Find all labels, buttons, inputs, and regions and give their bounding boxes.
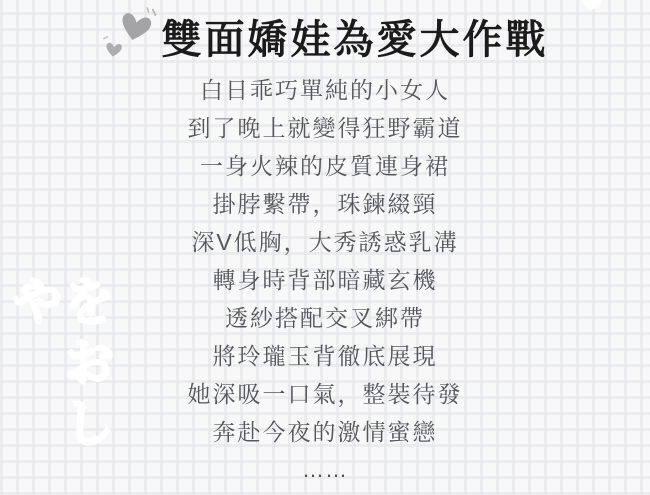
- text-line: 透紗搭配交叉綁帶: [0, 299, 650, 337]
- text-line: 到了晚上就變得狂野霸道: [0, 109, 650, 147]
- title-row: 雙面嬌娃為愛大作戰: [0, 0, 650, 66]
- page-title: 雙面嬌娃為愛大作戰: [162, 8, 549, 65]
- text-line: 深V低胸，大秀誘惑乳溝: [0, 223, 650, 261]
- double-heart-icon: [102, 6, 160, 64]
- text-line: 她深吸一口氣，整裝待發: [0, 375, 650, 413]
- description-lines: 白日乖巧單純的小女人 到了晚上就變得狂野霸道 一身火辣的皮質連身裙 掛脖繫帶，珠…: [0, 71, 650, 489]
- ellipsis-line: ……: [0, 451, 650, 489]
- text-line: 掛脖繫帶，珠鍊綴頸: [0, 185, 650, 223]
- content-column: 雙面嬌娃為愛大作戰 白日乖巧單純的小女人 到了晚上就變得狂野霸道 一身火辣的皮質…: [0, 0, 650, 489]
- text-line: 奔赴今夜的激情蜜戀: [0, 413, 650, 451]
- text-line: 轉身時背部暗藏玄機: [0, 261, 650, 299]
- text-line: 將玲瓏玉背徹底展現: [0, 337, 650, 375]
- text-line: 一身火辣的皮質連身裙: [0, 147, 650, 185]
- text-line: 白日乖巧單純的小女人: [0, 71, 650, 109]
- page-background: をおしや 雙面嬌娃為愛大作戰 白日乖巧單純的小女人 到了晚上就: [0, 0, 650, 495]
